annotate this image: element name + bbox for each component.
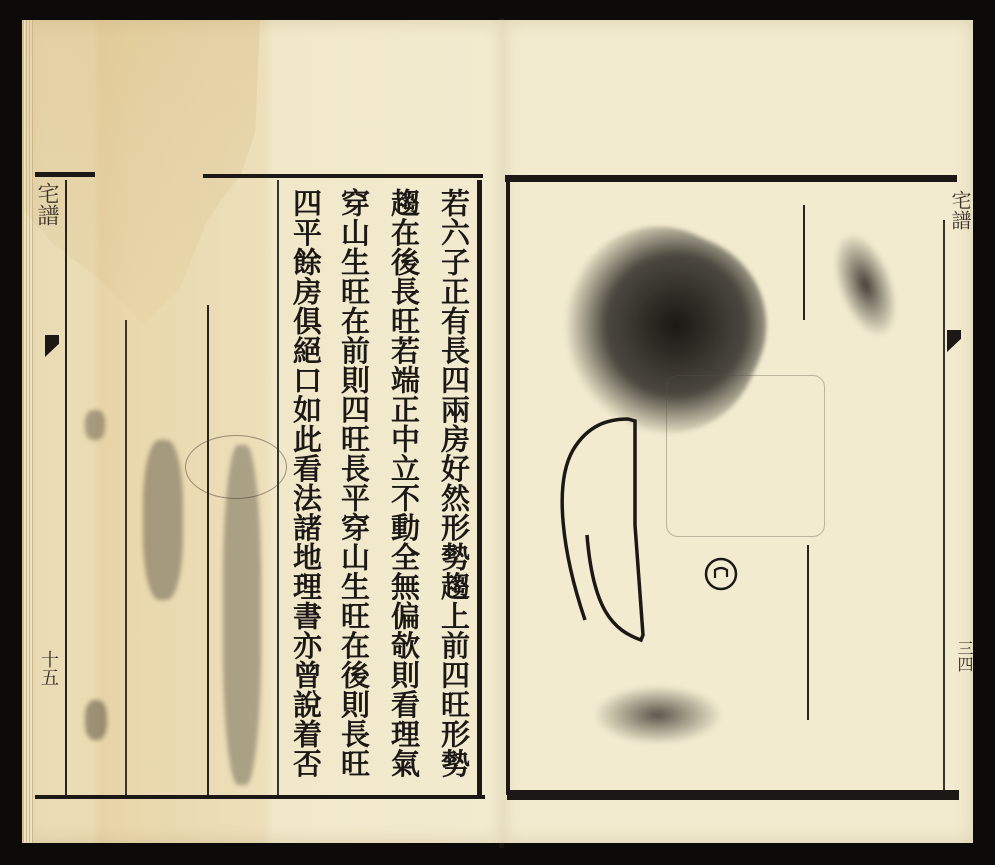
column-rule	[207, 305, 209, 795]
text-column-3: 穿山生旺在前則四旺長平穿山生旺在後則長旺	[335, 188, 373, 778]
faded-text-smudge	[143, 440, 183, 600]
text-column-1: 若六子正有長四兩房好然形勢趨上前四旺形勢	[435, 188, 473, 778]
margin-title: 宅譜	[946, 190, 975, 230]
margin-title: 宅譜	[31, 182, 62, 226]
column-rule	[803, 205, 805, 320]
text-column-4: 四平餘房俱絕口如此看法諸地理書亦曾說着否	[287, 188, 325, 778]
left-page: 宅譜 十五 若六子正有長四兩房好然形勢趨上前四旺形勢 趨在後長旺若端正中立不動全…	[22, 20, 503, 843]
water-stain	[25, 20, 260, 340]
circled-glyph-icon	[701, 556, 741, 592]
faded-text-smudge	[85, 410, 105, 440]
fish-tail-mark	[45, 335, 59, 357]
margin-page-number: 三四	[953, 640, 976, 672]
text-column-2: 趨在後長旺若端正中立不動全無偏欹則看理氣	[385, 188, 423, 778]
ink-rubbing-blot-lower	[593, 685, 723, 745]
crescent-outline	[543, 405, 653, 645]
frame-left-border	[506, 180, 510, 795]
column-rule	[65, 180, 67, 795]
column-rule	[277, 180, 279, 795]
frame-top-border	[505, 175, 957, 182]
ink-rubbing-blot-small	[821, 224, 910, 346]
column-rule	[125, 320, 127, 795]
pencil-ellipse-mark	[185, 435, 287, 499]
frame-top-border	[35, 172, 95, 177]
frame-bottom-border	[507, 790, 959, 800]
column-rule-right-heavy	[477, 180, 482, 795]
right-page: 宅譜 三四	[503, 20, 973, 843]
fish-tail-mark	[947, 330, 961, 352]
column-rule	[943, 220, 945, 790]
pencil-rect-mark	[666, 375, 825, 537]
margin-page-number: 十五	[35, 650, 61, 686]
frame-bottom-border	[35, 795, 485, 799]
faded-text-smudge	[85, 700, 107, 740]
column-rule	[807, 545, 809, 720]
frame-top-border	[203, 174, 483, 178]
